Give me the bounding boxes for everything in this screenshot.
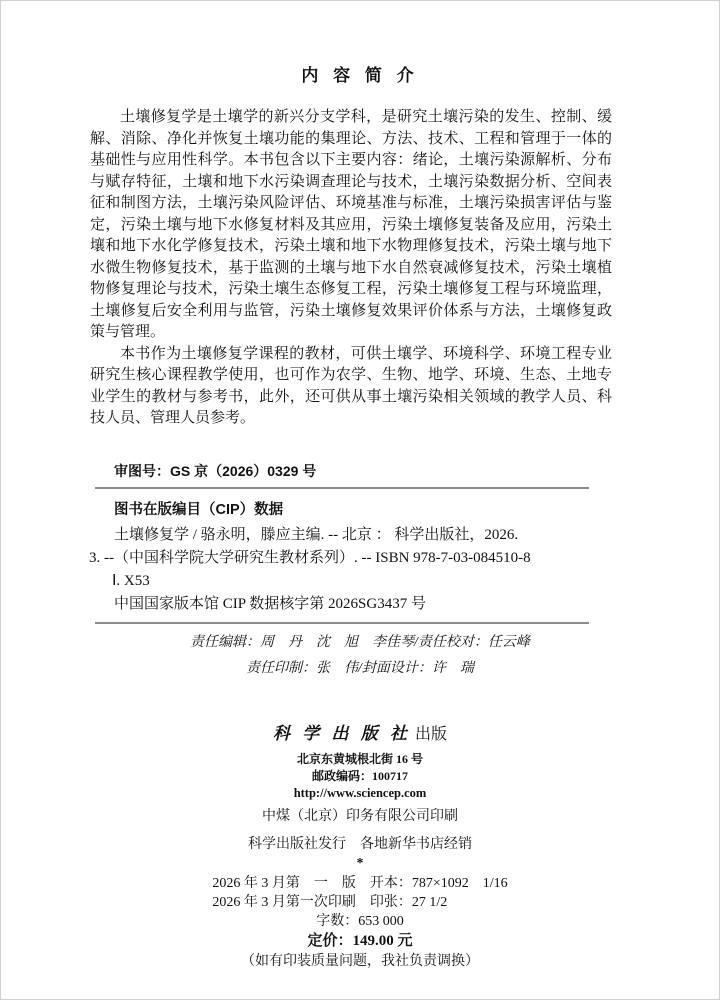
edition-block: 2026 年 3 月第 一 版 开本：787×1092 1/16 2026 年 … — [1, 874, 719, 912]
publisher-website: http://www.sciencep.com — [1, 785, 719, 802]
divider-above-cip — [95, 487, 589, 489]
staff-credits: 责任编辑：周 丹 沈 旭 李佳琴/责任校对：任云峰 责任印制：张 伟/封面设计：… — [1, 630, 719, 682]
cip-line-title: 土壤修复学 / 骆永明，滕应主编. -- 北京 ： 科学出版社，2026. — [114, 524, 719, 547]
price-line: 定价：149.00 元 — [1, 931, 719, 952]
intro-section: 土壤修复学是土壤学的新兴分支学科，是研究土壤污染的发生、控制、缓解、消除、净化并… — [90, 107, 612, 430]
edition-print-run-line: 2026 年 3 月第一次印刷 印张：27 1/2 — [212, 893, 507, 912]
cip-line-record-number: 中国国家版本馆 CIP 数据核字第 2026SG3437 号 — [114, 593, 719, 616]
credits-printing-design-line: 责任印制：张 伟/封面设计：许 瑞 — [1, 656, 719, 682]
intro-paragraph-1: 土壤修复学是土壤学的新兴分支学科，是研究土壤污染的发生、控制、缓解、消除、净化并… — [90, 107, 612, 344]
word-count-line: 字数：653 000 — [1, 912, 719, 931]
publisher-block: 科 学 出 版 社 出版 北京东黄城根北街 16 号 邮政编码：100717 h… — [1, 722, 719, 871]
divider-below-cip — [95, 622, 589, 624]
cip-line-series-isbn: 3. --（中国科学院大学研究生教材系列）. -- ISBN 978-7-03-… — [89, 547, 719, 570]
cip-line-classification: Ⅰ. X53 — [112, 570, 719, 593]
copyright-page: 内 容 简 介 土壤修复学是土壤学的新兴分支学科，是研究土壤污染的发生、控制、缓… — [0, 0, 720, 1000]
page-title: 内 容 简 介 — [1, 61, 719, 86]
publisher-address: 北京东黄城根北街 16 号 — [1, 751, 719, 768]
intro-paragraph-2: 本书作为土壤修复学课程的教材，可供土壤学、环境科学、环境工程专业研究生核心课程教… — [90, 344, 612, 430]
quality-note-line: （如有印装质量问题，我社负责调换） — [1, 952, 719, 971]
publisher-logo-line: 科 学 出 版 社 出版 — [1, 722, 719, 747]
publisher-logo-suffix: 出版 — [411, 726, 447, 743]
distribution-line: 科学出版社发行 各地新华书店经销 — [1, 835, 719, 855]
printer-line: 中煤（北京）印务有限公司印刷 — [1, 807, 719, 827]
cip-data-block: 土壤修复学 / 骆永明，滕应主编. -- 北京 ： 科学出版社，2026. 3.… — [1, 524, 719, 616]
credits-editors-line: 责任编辑：周 丹 沈 旭 李佳琴/责任校对：任云峰 — [1, 630, 719, 656]
edition-lines: 2026 年 3 月第 一 版 开本：787×1092 1/16 2026 年 … — [212, 874, 507, 912]
asterisk-separator: * — [1, 857, 719, 871]
map-approval-number: 审图号：GS 京（2026）0329 号 — [114, 461, 719, 481]
cip-heading: 图书在版编目（CIP）数据 — [114, 498, 719, 519]
publisher-postcode: 邮政编码：100717 — [1, 768, 719, 785]
edition-first-printing-line: 2026 年 3 月第 一 版 开本：787×1092 1/16 — [212, 874, 507, 893]
science-press-logotype: 科 学 出 版 社 — [273, 724, 411, 743]
